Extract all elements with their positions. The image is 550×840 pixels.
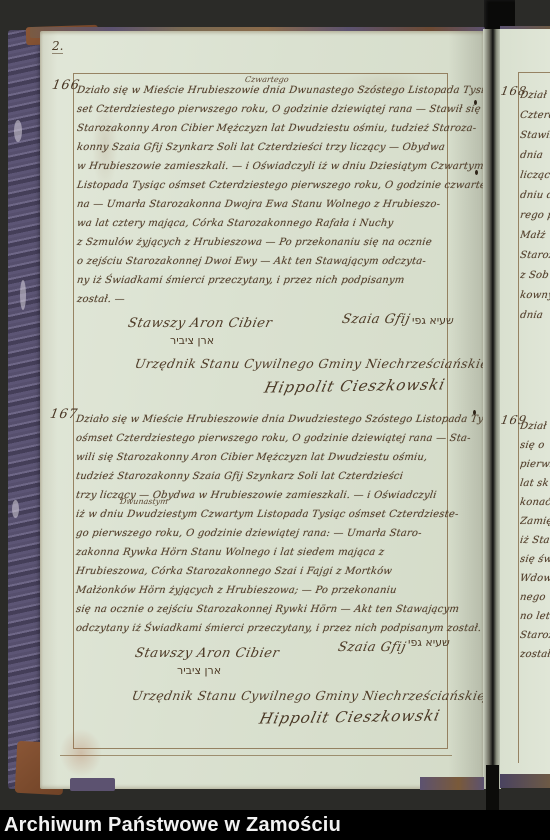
official-title-line: Urzędnik Stanu Cywilnego Gminy Niechrześ…	[134, 357, 494, 371]
official-signature: Hippolit Cieszkowski	[263, 376, 447, 395]
ink-speck	[475, 170, 478, 175]
witness-signature-right: Szaia Gfij	[341, 313, 412, 327]
handwritten-line: Hrubieszowa, Córka Starozakonnego Szai i…	[75, 562, 450, 581]
gutter-shadow	[486, 765, 499, 811]
handwritten-line: trzy liczący — Obydwa w Hrubieszowie zam…	[75, 486, 450, 505]
handwritten-line: Listopada Tysiąc ośmset Czterdziestego p…	[76, 176, 451, 195]
handwritten-line: z Szmulów żyjących z Hrubieszowa — Po pr…	[76, 233, 451, 252]
entry-169-text: Działsię opierwslat skkonaćZamięiż Stasi…	[520, 417, 550, 667]
handwritten-line: zakonna Rywka Hörn Stanu Wolnego i lat s…	[75, 543, 450, 562]
ink-speck	[474, 100, 477, 105]
handwritten-line: Staroz	[520, 626, 550, 645]
handwritten-line: rego p	[520, 206, 550, 226]
handwritten-line: Staroz	[520, 246, 550, 266]
handwritten-line: został. —	[76, 290, 451, 309]
witness-signature-left-hebrew: ארן ציביר	[177, 665, 221, 677]
entry-166-text: Działo się w Mieście Hrubieszowie dnia D…	[77, 81, 449, 309]
handwritten-line: iż w dniu Dwudziestym Czwartym Listopada…	[75, 505, 450, 524]
bottom-edge-purple	[70, 778, 115, 791]
handwritten-line: ośmset Czterdziestego pierwszego roku, O…	[75, 429, 450, 448]
handwritten-line: kowny	[520, 286, 550, 306]
handwritten-line: Wdow	[520, 569, 550, 588]
official-signature: Hippolit Cieszkowski	[258, 707, 442, 726]
entry-number-167: 167	[49, 408, 79, 422]
bottom-edge-binding-right	[500, 774, 550, 788]
handwritten-line: ny iż Świadkami śmierci przeczytany, i p…	[76, 271, 451, 290]
witness-signature-left: Stawszy Aron Cibier	[134, 647, 281, 661]
page-number: 2.	[52, 40, 63, 54]
handwritten-line: Starozakonny Aron Cibier Mężczyzn lat Dw…	[76, 119, 451, 138]
handwritten-line: lat sk	[520, 474, 550, 493]
handwritten-line: o zejściu Starozakonnej Dwoi Ewy — Akt t…	[76, 252, 451, 271]
handwritten-line: w Hrubieszowie zamieszkali. — i Oświadcz…	[76, 157, 451, 176]
handwritten-line: Czterd	[520, 106, 550, 126]
witness-signature-right-hebrew: שעיא גפי	[408, 637, 450, 649]
witness-signature-right: Szaia Gfij	[337, 641, 408, 655]
entry-167-text: Działo się w Mieście Hrubieszowie dnia D…	[76, 410, 448, 638]
handwritten-line: Działo się w Mieście Hrubieszowie dnia D…	[76, 81, 451, 100]
handwritten-line: konny Szaia Gfij Szynkarz Soli lat Czter…	[76, 138, 451, 157]
bottom-edge-binding	[420, 777, 484, 790]
binding-wear-mark	[20, 280, 26, 310]
handwritten-line: wili się Starozakonny Aron Cibier Mężczy…	[75, 448, 450, 467]
handwritten-line: Zamię	[520, 512, 550, 531]
handwritten-line: set Czterdziestego pierwszego roku, O go…	[76, 100, 451, 119]
handwritten-line: nego	[520, 588, 550, 607]
handwritten-line: dnia	[520, 306, 550, 326]
witness-signature-left-hebrew: ארן ציביר	[170, 335, 214, 347]
handwritten-line: konać	[520, 493, 550, 512]
handwritten-line: Małżonków Hörn żyjących z Hrubieszowa; —…	[75, 581, 450, 600]
entry-168-text: DziałCzterdStawiłdnialiczącdniu drego pM…	[520, 86, 550, 330]
left-page: 2. 166 Czwartego Działo się w Mieście Hr…	[40, 31, 484, 789]
handwritten-line: Stawił	[520, 126, 550, 146]
handwritten-line: z Sob	[520, 266, 550, 286]
handwritten-line: pierws	[520, 455, 550, 474]
binding-wear-mark	[12, 500, 19, 518]
right-page-partial: 168 DziałCzterdStawiłdnialiczącdniu dreg…	[500, 29, 550, 788]
witness-signature-left: Stawszy Aron Cibier	[127, 317, 274, 331]
ink-speck	[473, 410, 476, 415]
handwritten-line: iż Sta	[520, 531, 550, 550]
official-title-line: Urzędnik Stanu Cywilnego Gminy Niechrześ…	[131, 689, 491, 703]
handwritten-line: Małż	[520, 226, 550, 246]
witness-signature-right-hebrew: שעיא גפי	[412, 315, 454, 327]
binding-wear-mark	[14, 120, 22, 142]
handwritten-line: dniu d	[520, 186, 550, 206]
handwritten-line: na — Umarła Starozakonna Dwojra Ewa Stan…	[76, 195, 451, 214]
archival-scan-viewer: 2. 166 Czwartego Działo się w Mieście Hr…	[0, 0, 550, 840]
archive-name-text: Archiwum Państwowe w Zamościu	[0, 814, 341, 836]
handwritten-line: tudzież Starozakonny Szaia Gfij Szynkarz…	[75, 467, 450, 486]
handwritten-line: się na ocznie o zejściu Starozakonnej Ry…	[75, 600, 450, 619]
handwritten-line: no let	[520, 607, 550, 626]
handwritten-line: się św	[520, 550, 550, 569]
handwritten-line: Dział	[520, 417, 550, 436]
handwritten-line: licząc	[520, 166, 550, 186]
handwritten-line: go pierwszego roku, O godzinie dziewiąte…	[75, 524, 450, 543]
handwritten-line: Dział	[520, 86, 550, 106]
bottom-rule	[60, 755, 452, 756]
handwritten-line: wa lat cztery mająca, Córka Starozakonne…	[76, 214, 451, 233]
archive-caption-bar: Archiwum Państwowe w Zamościu	[0, 810, 550, 840]
handwritten-line: Działo się w Mieście Hrubieszowie dnia D…	[75, 410, 450, 429]
handwritten-line: został	[520, 645, 550, 664]
book-spine-binding	[8, 30, 42, 789]
handwritten-line: dnia	[520, 146, 550, 166]
handwritten-line: się o	[520, 436, 550, 455]
page-gutter-fold	[483, 29, 501, 789]
handwritten-line: odczytany iż Świadkami śmierci przeczyta…	[75, 619, 450, 638]
